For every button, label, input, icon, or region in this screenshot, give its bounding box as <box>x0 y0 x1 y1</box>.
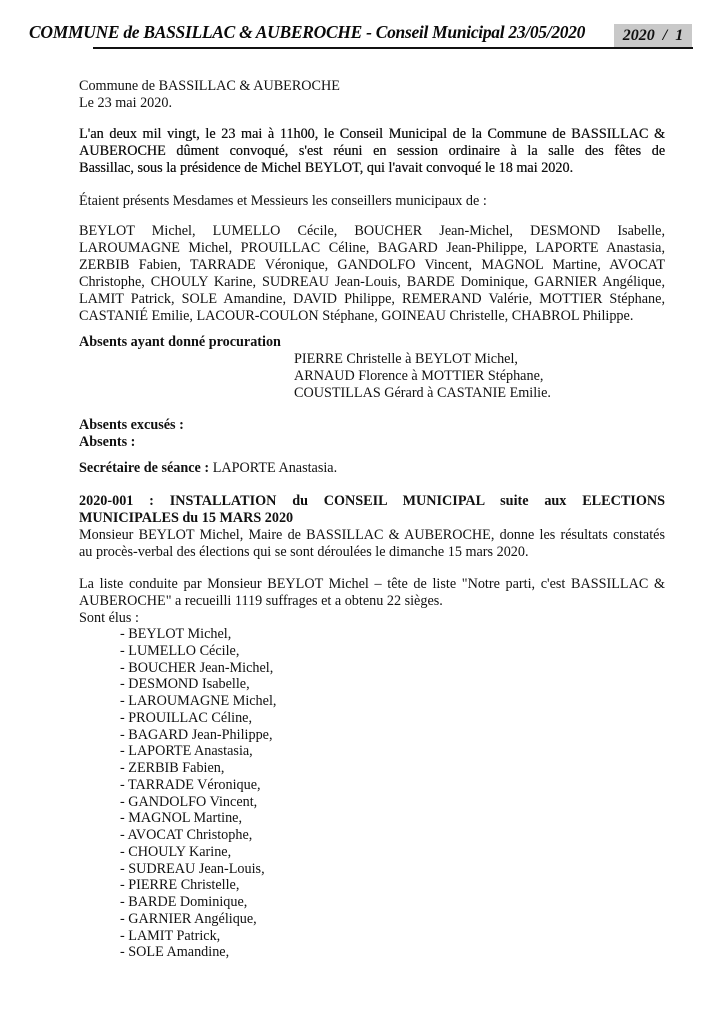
elected-member: - BOUCHER Jean-Michel, <box>120 660 520 677</box>
elected-member: - LUMELLO Cécile, <box>120 643 520 660</box>
resolution-title-line: MUNICIPALES du 15 MARS 2020 <box>79 510 665 527</box>
present-line: LAROUMAGNE Michel, PROUILLAC Céline, BAG… <box>79 240 665 257</box>
intro-line: AUBEROCHE dûment convoqué, s'est réuni e… <box>79 143 665 160</box>
present-line: LAMIT Patrick, SOLE Amandine, DAVID Phil… <box>79 291 665 308</box>
elected-member: - PROUILLAC Céline, <box>120 710 520 727</box>
secretary: Secrétaire de séance : LAPORTE Anastasia… <box>79 460 665 477</box>
elected-member: - BEYLOT Michel, <box>120 626 520 643</box>
absences: Absents excusés : Absents : <box>79 417 665 451</box>
elected-member: - SOLE Amandine, <box>120 944 520 961</box>
present-intro-text: Étaient présents Mesdames et Messieurs l… <box>79 193 665 210</box>
present-line: ZERBIB Fabien, TARRADE Véronique, GANDOL… <box>79 257 665 274</box>
elected-member: - GANDOLFO Vincent, <box>120 794 520 811</box>
resolution-body: Monsieur BEYLOT Michel, Maire de BASSILL… <box>79 527 665 561</box>
elected-member: - SUDREAU Jean-Louis, <box>120 861 520 878</box>
intro-line: Bassillac, sous la présidence de Michel … <box>79 160 665 177</box>
intro-paragraph: L'an deux mil vingt, le 23 mai à 11h00, … <box>79 126 665 177</box>
elected-member: - LAMIT Patrick, <box>120 928 520 945</box>
commune-name: Commune de BASSILLAC & AUBEROCHE <box>79 78 665 95</box>
elected-member: - LAROUMAGNE Michel, <box>120 693 520 710</box>
opening-address: Commune de BASSILLAC & AUBEROCHE Le 23 m… <box>79 78 665 112</box>
header-title: COMMUNE de BASSILLAC & AUBEROCHE - Conse… <box>29 24 585 41</box>
list-results-line: La liste conduite par Monsieur BEYLOT Mi… <box>79 576 665 593</box>
elected-label: Sont élus : <box>79 610 665 627</box>
page-header: COMMUNE de BASSILLAC & AUBEROCHE - Conse… <box>29 22 693 50</box>
meeting-date: Le 23 mai 2020. <box>79 95 665 112</box>
header-underline <box>93 47 693 49</box>
proxy-list: PIERRE Christelle à BEYLOT Michel, ARNAU… <box>294 351 674 402</box>
elected-member: - AVOCAT Christophe, <box>120 827 520 844</box>
proxy-item: ARNAUD Florence à MOTTIER Stéphane, <box>294 368 674 385</box>
proxy-label: Absents ayant donné procuration <box>79 334 665 351</box>
page-reference-box: 2020 / 1 <box>614 24 692 47</box>
secretary-label: Secrétaire de séance : <box>79 460 209 476</box>
resolution-title-line: 2020-001 : INSTALLATION du CONSEIL MUNIC… <box>79 493 665 510</box>
proxy-item: COUSTILLAS Gérard à CASTANIE Emilie. <box>294 385 674 402</box>
present-members-paragraph: BEYLOT Michel, LUMELLO Cécile, BOUCHER J… <box>79 223 665 325</box>
intro-line: L'an deux mil vingt, le 23 mai à 11h00, … <box>79 126 665 143</box>
excused-label: Absents excusés : <box>79 417 665 434</box>
elected-list: - BEYLOT Michel,- LUMELLO Cécile,- BOUCH… <box>120 626 520 961</box>
elected-member: - TARRADE Véronique, <box>120 777 520 794</box>
proxy-label-text: Absents ayant donné procuration <box>79 334 665 351</box>
list-results: La liste conduite par Monsieur BEYLOT Mi… <box>79 576 665 627</box>
elected-member: - GARNIER Angélique, <box>120 911 520 928</box>
elected-member: - PIERRE Christelle, <box>120 877 520 894</box>
resolution-body-line: au procès-verbal des élections qui se so… <box>79 544 665 561</box>
present-intro: Étaient présents Mesdames et Messieurs l… <box>79 193 665 210</box>
elected-member: - BARDE Dominique, <box>120 894 520 911</box>
list-results-line: AUBEROCHE" a recueilli 1119 suffrages et… <box>79 593 665 610</box>
elected-member: - BAGARD Jean-Philippe, <box>120 727 520 744</box>
present-line: Christophe, CHOULY Karine, SUDREAU Jean-… <box>79 274 665 291</box>
elected-member: - CHOULY Karine, <box>120 844 520 861</box>
elected-member: - ZERBIB Fabien, <box>120 760 520 777</box>
present-line: CASTANIÉ Emilie, LACOUR-COULON Stéphane,… <box>79 308 665 325</box>
elected-member: - DESMOND Isabelle, <box>120 676 520 693</box>
absent-label: Absents : <box>79 434 665 451</box>
resolution-body-line: Monsieur BEYLOT Michel, Maire de BASSILL… <box>79 527 665 544</box>
resolution-title: 2020-001 : INSTALLATION du CONSEIL MUNIC… <box>79 493 665 527</box>
present-line: BEYLOT Michel, LUMELLO Cécile, BOUCHER J… <box>79 223 665 240</box>
proxy-item: PIERRE Christelle à BEYLOT Michel, <box>294 351 674 368</box>
secretary-name: LAPORTE Anastasia. <box>209 460 337 476</box>
elected-member: - LAPORTE Anastasia, <box>120 743 520 760</box>
elected-member: - MAGNOL Martine, <box>120 810 520 827</box>
